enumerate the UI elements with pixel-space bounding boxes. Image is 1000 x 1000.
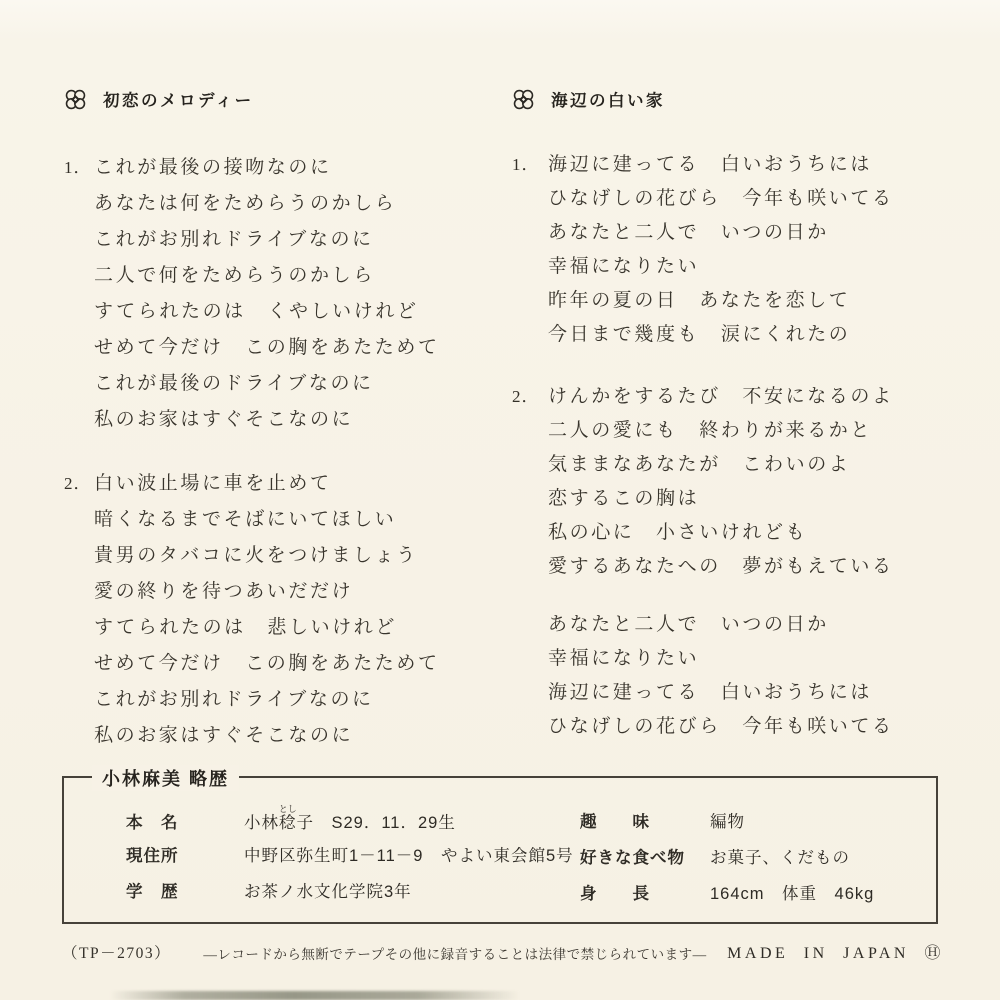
flower-icon — [512, 88, 535, 111]
lyric-line: けんかをするたび 不安になるのよ — [548, 380, 952, 414]
profile-row-real-name: 本 名 小林稔とし子 S29．11．29生 — [126, 804, 456, 833]
verse-number: 1． — [64, 150, 92, 186]
record-sleeve-back: { "page": { "bg": "#f7f2e6", "ink": "#34… — [0, 0, 1000, 1000]
lyric-line: 気ままなあなたが こわいのよ — [548, 448, 952, 482]
scan-edge-smudge — [110, 991, 520, 1000]
lyric-line: 二人で何をためらうのかしら — [94, 258, 504, 294]
lyric-line: あなたは何をためらうのかしら — [94, 186, 504, 222]
profile-label: 学 歴 — [126, 878, 244, 902]
lyric-line: 愛の終りを待つあいだだけ — [94, 574, 504, 610]
made-in-japan-mark: MADE IN JAPAN Ⓗ — [727, 940, 944, 963]
lyric-line: あなたと二人で いつの日か — [548, 216, 952, 250]
real-name-post: 子 S29．11．29生 — [297, 814, 456, 832]
lyric-line: 恋するこの胸は — [548, 482, 952, 516]
profile-box-title: 小林麻美 略歴 — [92, 765, 239, 791]
profile-row-address: 現住所 中野区弥生町1－11－9 やよい東会館5号 — [126, 842, 574, 866]
verse-1: 1． 海辺に建ってる 白いおうちには ひなげしの花びら 今年も咲いてる あなたと… — [512, 148, 952, 352]
lyric-line: 私のお家はすぐそこなのに — [94, 402, 504, 438]
profile-label: 身 長 — [580, 880, 710, 904]
flower-icon — [64, 88, 87, 111]
profile-value: 164cm 体重 46kg — [710, 880, 874, 904]
verse-number: 2． — [64, 466, 92, 502]
copyright-notice: —レコードから無断でテープその他に録音することは法律で禁じられています— — [130, 943, 780, 963]
real-name-pre: 小林 — [244, 814, 279, 832]
lyric-line: 二人の愛にも 終わりが来るかと — [548, 414, 952, 448]
lyric-line: 私の心に 小さいけれども — [548, 516, 952, 550]
profile-label: 好きな食べ物 — [580, 844, 710, 868]
song-title-row: 海辺の白い家 — [512, 86, 952, 112]
lyric-line: すてられたのは 悲しいけれど — [94, 610, 504, 646]
profile-value: 中野区弥生町1－11－9 やよい東会館5号 — [244, 842, 574, 866]
lyric-line: ひなげしの花びら 今年も咲いてる — [548, 710, 952, 744]
profile-label: 趣 味 — [580, 808, 710, 832]
lyric-line: これが最後の接吻なのに — [94, 150, 504, 186]
refrain: あなたと二人で いつの日か 幸福になりたい 海辺に建ってる 白いおうちには ひな… — [512, 608, 952, 744]
profile-value: 編物 — [710, 808, 745, 832]
verse-number: 1． — [512, 148, 540, 182]
lyric-line: 昨年の夏の日 あなたを恋して — [548, 284, 952, 318]
real-name-ruby-text: とし — [279, 804, 297, 814]
lyric-line: すてられたのは くやしいけれど — [94, 294, 504, 330]
lyric-line: これが最後のドライブなのに — [94, 366, 504, 402]
lyric-line: せめて今だけ この胸をあたためて — [94, 330, 504, 366]
verse-1: 1． これが最後の接吻なのに あなたは何をためらうのかしら これがお別れドライブ… — [64, 150, 504, 438]
song-first-love-melody: 初恋のメロディー 1． これが最後の接吻なのに あなたは何をためらうのかしら こ… — [64, 86, 504, 754]
lyric-line: ひなげしの花びら 今年も咲いてる — [548, 182, 952, 216]
lyric-line: 白い波止場に車を止めて — [94, 466, 504, 502]
lyric-line: これがお別れドライブなのに — [94, 222, 504, 258]
real-name-ruby-base: 稔 — [279, 814, 297, 832]
profile-row-education: 学 歴 お茶ノ水文化学院3年 — [126, 878, 412, 902]
profile-row-hobby: 趣 味 編物 — [580, 808, 745, 832]
lyric-line: 幸福になりたい — [548, 642, 952, 676]
profile-row-height-weight: 身 長 164cm 体重 46kg — [580, 880, 874, 904]
profile-box: 小林麻美 略歴 本 名 小林稔とし子 S29．11．29生 現住所 中野区弥生町… — [62, 776, 938, 924]
profile-label: 本 名 — [126, 809, 244, 833]
verse-2: 2． 白い波止場に車を止めて 暗くなるまでそばにいてほしい 貴男のタバコに火をつ… — [64, 466, 504, 754]
song-white-house-by-the-sea: 海辺の白い家 1． 海辺に建ってる 白いおうちには ひなげしの花びら 今年も咲い… — [512, 86, 952, 744]
profile-value: お菓子、くだもの — [710, 844, 850, 868]
song-title-row: 初恋のメロディー — [64, 86, 504, 112]
lyric-line: 海辺に建ってる 白いおうちには — [548, 148, 952, 182]
lyric-line: 暗くなるまでそばにいてほしい — [94, 502, 504, 538]
verse-number: 2． — [512, 380, 540, 414]
lyric-line: 今日まで幾度も 涙にくれたの — [548, 318, 952, 352]
lyric-line: 私のお家はすぐそこなのに — [94, 718, 504, 754]
song-title: 海辺の白い家 — [551, 87, 665, 111]
real-name-ruby: 稔とし — [279, 814, 297, 832]
lyric-line: 幸福になりたい — [548, 250, 952, 284]
verse-2: 2． けんかをするたび 不安になるのよ 二人の愛にも 終わりが来るかと 気ままな… — [512, 380, 952, 584]
lyric-line: 愛するあなたへの 夢がもえている — [548, 550, 952, 584]
song-title: 初恋のメロディー — [103, 87, 254, 111]
lyric-line: 海辺に建ってる 白いおうちには — [548, 676, 952, 710]
lyric-line: これがお別れドライブなのに — [94, 682, 504, 718]
profile-row-favorite-food: 好きな食べ物 お菓子、くだもの — [580, 844, 850, 868]
lyric-line: 貴男のタバコに火をつけましょう — [94, 538, 504, 574]
real-name-value: 小林稔とし子 S29．11．29生 — [244, 804, 456, 833]
profile-label: 現住所 — [126, 842, 244, 866]
lyric-line: せめて今だけ この胸をあたためて — [94, 646, 504, 682]
profile-value: お茶ノ水文化学院3年 — [244, 878, 412, 902]
lyric-line: あなたと二人で いつの日か — [548, 608, 952, 642]
